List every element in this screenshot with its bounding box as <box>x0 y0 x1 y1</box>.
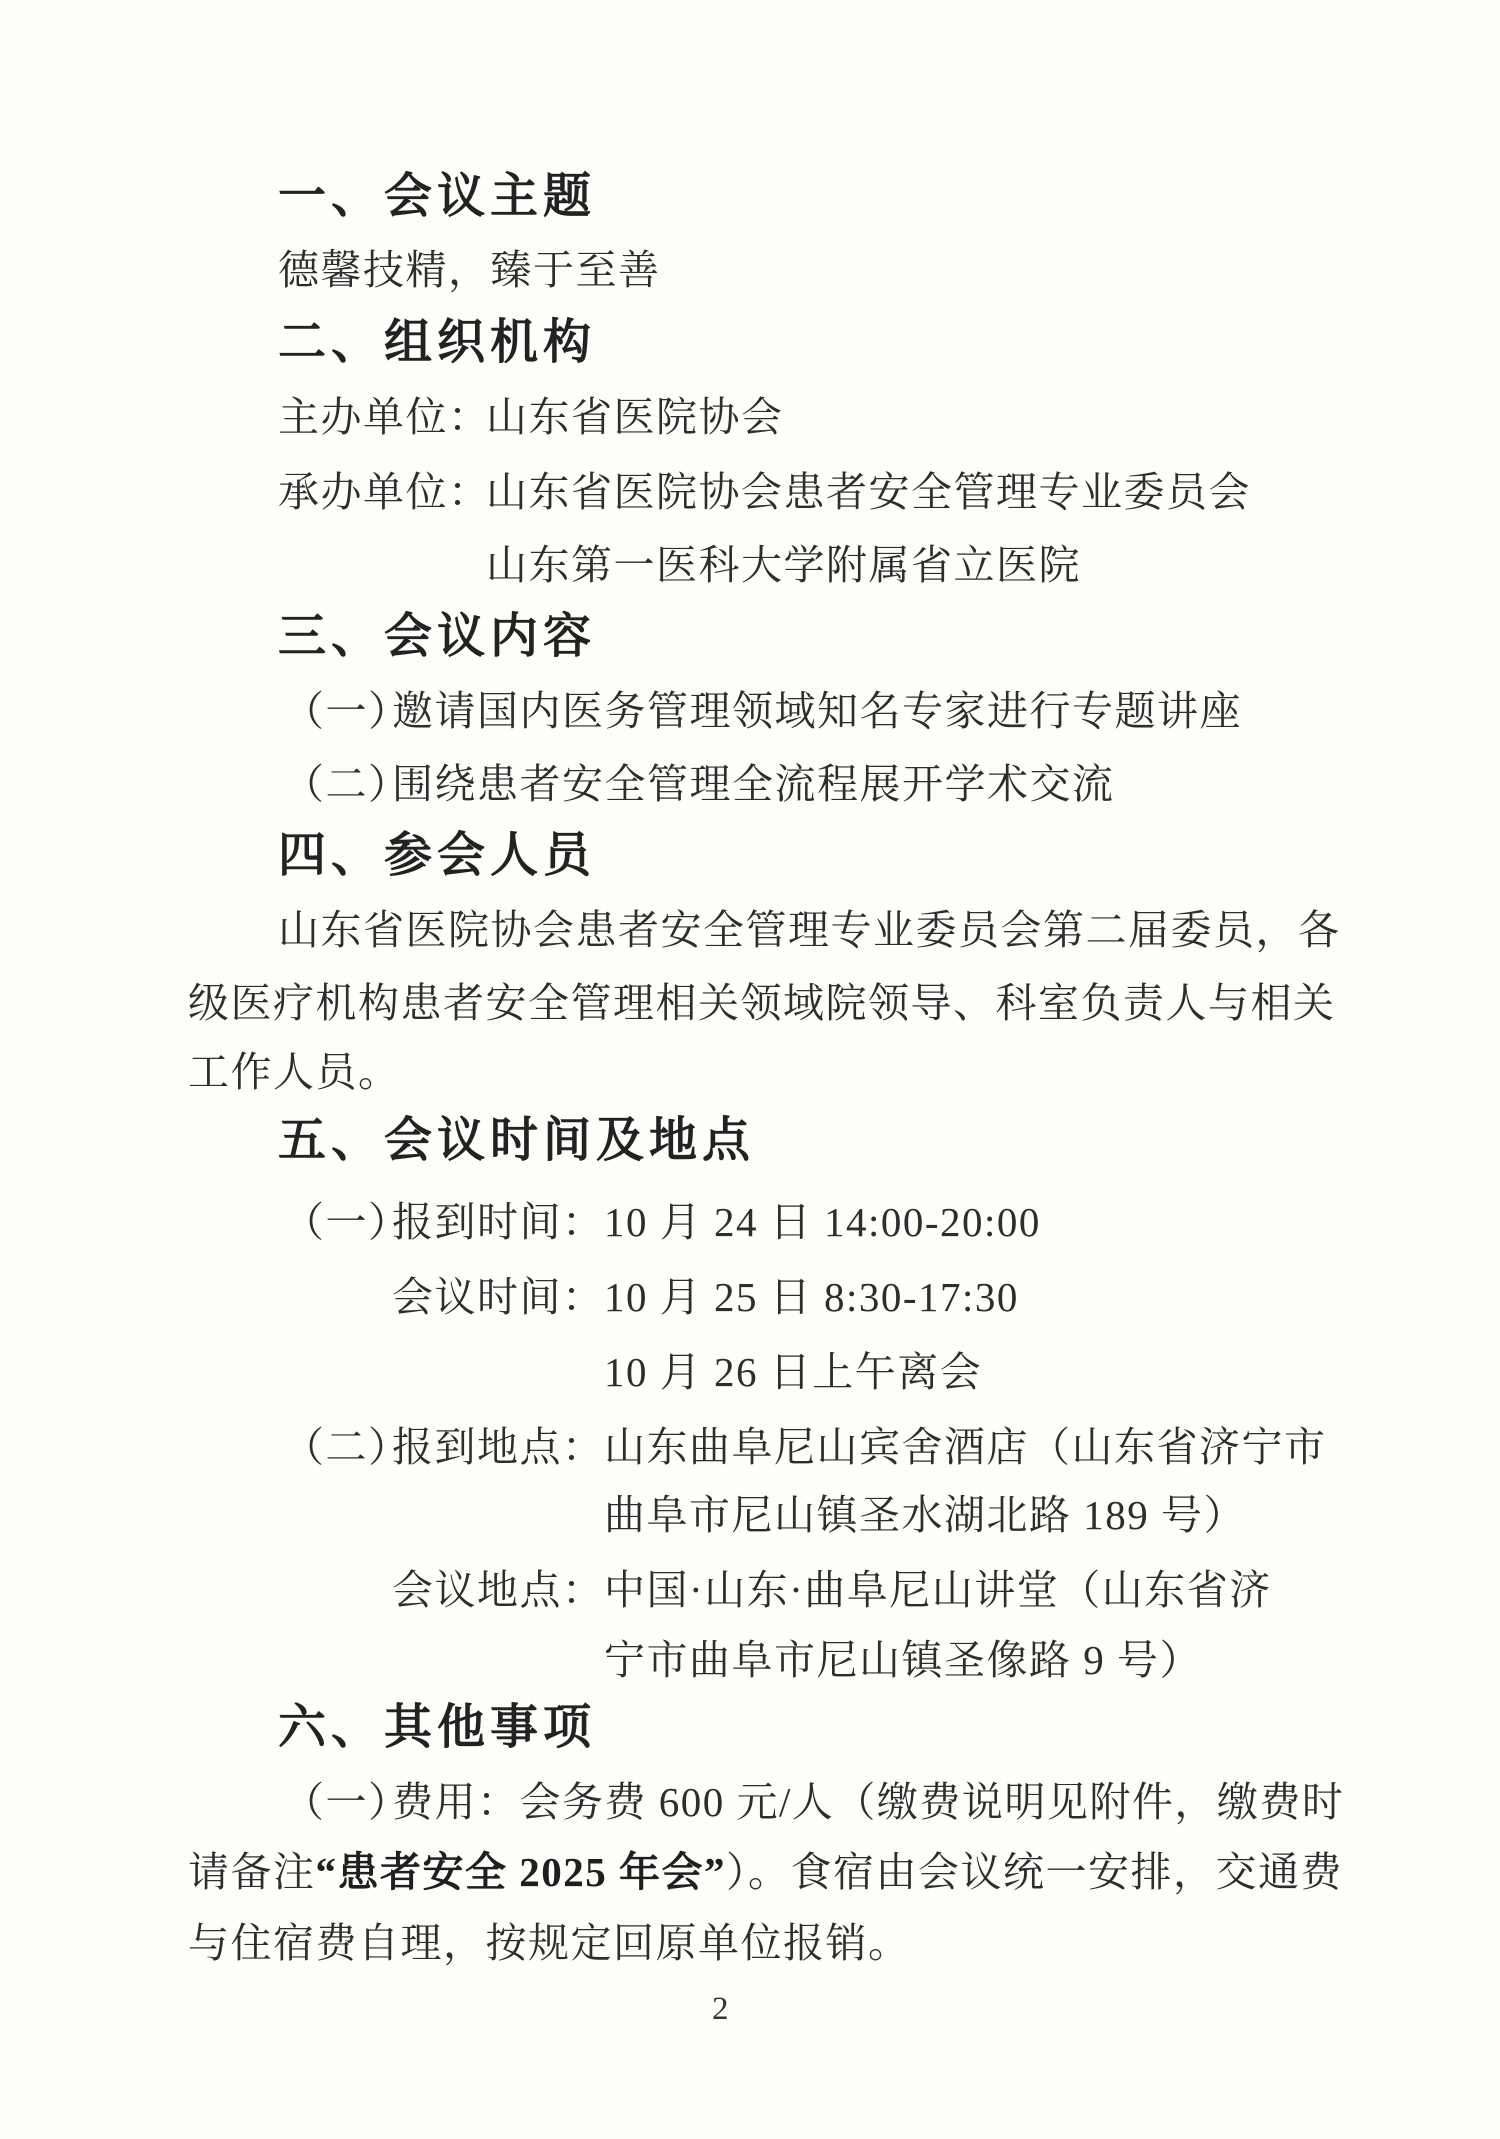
line-organizer-unit-2: 山东第一医科大学附属省立医院 <box>0 528 1500 602</box>
heading-5-text: 五、会议时间及地点 <box>278 1104 755 1178</box>
theme-text: 德馨技精，臻于至善 <box>278 233 661 307</box>
meeting-place-value-2: 宁市曲阜市尼山镇圣像路 9 号） <box>604 1623 1202 1697</box>
meeting-place-value-1: 中国·山东·曲阜尼山讲堂（山东省济 <box>604 1553 1272 1627</box>
line-content-item-2: （二） 围绕患者安全管理全流程展开学术交流 <box>0 747 1500 821</box>
line-meeting-place-1: 会议地点： 中国·山东·曲阜尼山讲堂（山东省济 <box>0 1553 1500 1627</box>
registration-place-value-1: 山东曲阜尼山宾舍酒店（山东省济宁市 <box>604 1410 1327 1484</box>
heading-3-meeting-content: 三、会议内容 <box>0 600 1500 674</box>
line-meeting-place-2: 宁市曲阜市尼山镇圣像路 9 号） <box>0 1623 1500 1697</box>
line-content-item-1: （一） 邀请国内医务管理领域知名专家进行专题讲座 <box>0 674 1500 748</box>
line-organizer-unit: 承办单位： 山东省医院协会患者安全管理专业委员会 <box>0 455 1500 529</box>
meeting-time-label: 会议时间： <box>392 1260 605 1334</box>
line-registration-place-1: （二） 报到地点： 山东曲阜尼山宾舍酒店（山东省济宁市 <box>0 1410 1500 1484</box>
heading-2-organization: 二、组织机构 <box>0 306 1500 380</box>
participants-text-3: 工作人员。 <box>188 1035 401 1109</box>
line-participants-1: 山东省医院协会患者安全管理专业委员会第二届委员，各 <box>0 893 1500 967</box>
meeting-place-label: 会议地点： <box>392 1553 605 1627</box>
fee-text-2: 请备注“患者安全 2025 年会”）。食宿由会议统一安排，交通费 <box>188 1835 1343 1909</box>
organizer-value-2: 山东第一医科大学附属省立医院 <box>486 528 1081 602</box>
line-fee-3: 与住宿费自理，按规定回原单位报销。 <box>0 1906 1500 1980</box>
organizer-value-1: 山东省医院协会患者安全管理专业委员会 <box>486 455 1251 529</box>
fee-text-3: 与住宿费自理，按规定回原单位报销。 <box>188 1906 911 1980</box>
participants-text-2: 级医疗机构患者安全管理相关领域院领导、科室负责人与相关 <box>188 966 1336 1040</box>
line-participants-3: 工作人员。 <box>0 1035 1500 1109</box>
fee-text-2-post: ）。食宿由会议统一安排，交通费 <box>726 1849 1343 1895</box>
content-item-1-text: 邀请国内医务管理领域知名专家进行专题讲座 <box>392 674 1242 748</box>
line-participants-2: 级医疗机构患者安全管理相关领域院领导、科室负责人与相关 <box>0 966 1500 1040</box>
heading-4-text: 四、参会人员 <box>278 819 596 893</box>
document-page: 一、会议主题 德馨技精，臻于至善 二、组织机构 主办单位： 山东省医院协会 承办… <box>0 0 1500 2139</box>
organizer-label: 承办单位： <box>278 455 491 529</box>
line-meeting-time: 会议时间： 10 月 25 日 8:30-17:30 <box>0 1260 1500 1334</box>
registration-time-value: 10 月 24 日 14:00-20:00 <box>604 1185 1041 1259</box>
line-theme: 德馨技精，臻于至善 <box>0 233 1500 307</box>
heading-1-text: 一、会议主题 <box>278 160 596 234</box>
fee-text-2-pre: 请备注 <box>188 1849 316 1895</box>
heading-1-meeting-theme: 一、会议主题 <box>0 160 1500 234</box>
page-number: 2 <box>712 1984 729 2034</box>
registration-place-value-2: 曲阜市尼山镇圣水湖北路 189 号） <box>604 1478 1246 1552</box>
registration-time-label: 报到时间： <box>392 1185 605 1259</box>
heading-6-other-matters: 六、其他事项 <box>0 1691 1500 1765</box>
line-registration-place-2: 曲阜市尼山镇圣水湖北路 189 号） <box>0 1478 1500 1552</box>
registration-place-label: 报到地点： <box>392 1410 605 1484</box>
fee-text-1: 费用：会务费 600 元/人（缴费说明见附件，缴费时 <box>392 1765 1344 1839</box>
host-label: 主办单位： <box>278 380 491 454</box>
line-departure-time: 10 月 26 日上午离会 <box>0 1335 1500 1409</box>
line-fee-1: （一） 费用：会务费 600 元/人（缴费说明见附件，缴费时 <box>0 1765 1500 1839</box>
host-value: 山东省医院协会 <box>486 380 784 454</box>
meeting-time-value: 10 月 25 日 8:30-17:30 <box>604 1260 1019 1334</box>
line-fee-2: 请备注“患者安全 2025 年会”）。食宿由会议统一安排，交通费 <box>0 1835 1500 1909</box>
line-registration-time: （一） 报到时间： 10 月 24 日 14:00-20:00 <box>0 1185 1500 1259</box>
heading-2-text: 二、组织机构 <box>278 306 596 380</box>
fee-text-2-emphasis: “患者安全 2025 年会” <box>316 1849 727 1895</box>
line-host-unit: 主办单位： 山东省医院协会 <box>0 380 1500 454</box>
departure-time-value: 10 月 26 日上午离会 <box>604 1335 982 1409</box>
participants-text-1: 山东省医院协会患者安全管理专业委员会第二届委员，各 <box>278 893 1341 967</box>
heading-5-time-place: 五、会议时间及地点 <box>0 1104 1500 1178</box>
heading-6-text: 六、其他事项 <box>278 1691 596 1765</box>
content-item-2-text: 围绕患者安全管理全流程展开学术交流 <box>392 747 1115 821</box>
heading-3-text: 三、会议内容 <box>278 600 596 674</box>
heading-4-participants: 四、参会人员 <box>0 819 1500 893</box>
